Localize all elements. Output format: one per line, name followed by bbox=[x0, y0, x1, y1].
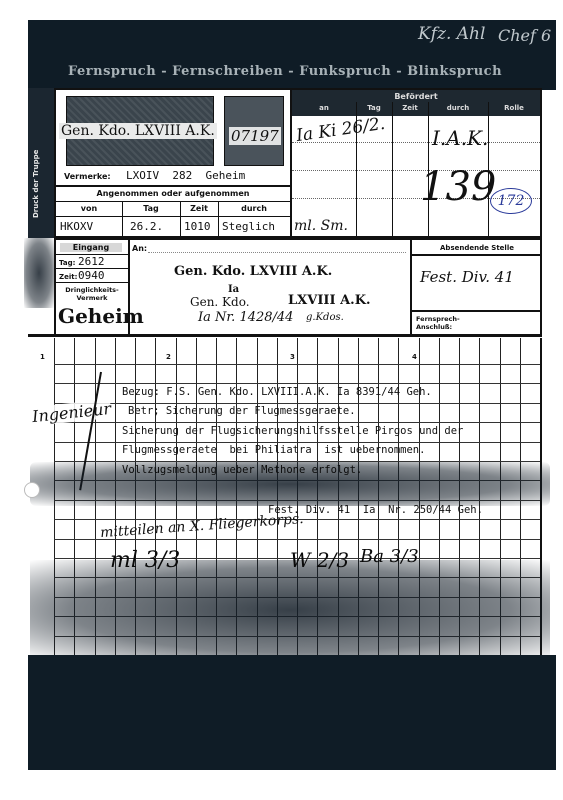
fwd-col-zeit: Zeit bbox=[392, 104, 428, 112]
message-line-4: Flugmessgeraete bei Philiatra ist uebern… bbox=[122, 444, 425, 456]
address-line2-right: LXVIII A.K. bbox=[288, 293, 371, 308]
forwarded-heading: Befördert bbox=[292, 92, 540, 101]
address-block: An: Gen. Kdo. LXVIII A.K. Ia Gen. Kdo. L… bbox=[128, 240, 410, 334]
vermerke-value: LXOIV 282 Geheim bbox=[126, 169, 245, 182]
fwd-col-rolle: Rolle bbox=[488, 104, 540, 112]
fwd-col-durch: durch bbox=[428, 104, 488, 112]
col-zeit: Zeit bbox=[180, 204, 218, 213]
col-number-1: 1 bbox=[40, 353, 45, 361]
sender-value: Fest. Div. 41 bbox=[420, 268, 514, 286]
circled-number: 172 bbox=[490, 188, 532, 214]
accepted-heading: Angenommen oder aufgenommen bbox=[56, 189, 290, 198]
header-handwriting-right: Chef 6 bbox=[498, 26, 551, 45]
address-line2-left: Gen. Kdo. bbox=[190, 295, 250, 309]
recipient-stamp: Gen. Kdo. LXVIII A.K. bbox=[59, 123, 217, 139]
punch-hole bbox=[24, 482, 40, 498]
recipient-stamp-box: Gen. Kdo. LXVIII A.K. bbox=[66, 96, 214, 166]
tag-value: 2612 bbox=[78, 255, 105, 268]
sender-label: Absendende Stelle bbox=[412, 244, 542, 252]
journal-suffix: g.Kdos. bbox=[306, 312, 344, 323]
intake-block: Eingang Tag: 2612 Zeit: 0940 Dringlichke… bbox=[56, 240, 130, 334]
header-handwriting-left: Kfz. Ahl bbox=[418, 24, 485, 44]
col-durch: durch bbox=[218, 204, 290, 213]
col-number-3: 3 bbox=[290, 353, 295, 361]
journal-number: Ia Nr. 1428/44 bbox=[198, 310, 293, 325]
row-durch: Steglich bbox=[222, 220, 275, 233]
col-tag: Tag bbox=[122, 204, 180, 213]
middle-block: Eingang Tag: 2612 Zeit: 0940 Dringlichke… bbox=[54, 238, 542, 336]
zeit-value: 0940 bbox=[78, 269, 105, 282]
eingang-label: Eingang bbox=[60, 243, 122, 252]
an-label: An: bbox=[132, 244, 147, 253]
number-stamp: 07197 bbox=[229, 127, 281, 145]
number-stamp-box: 07197 bbox=[224, 96, 284, 166]
message-line-1: Bezug: F.S. Gen. Kdo. LXVIII.A.K. Ia 839… bbox=[122, 386, 432, 398]
initials-2: W 2/3 bbox=[290, 548, 349, 572]
address-line1: Gen. Kdo. LXVIII A.K. bbox=[174, 264, 332, 279]
message-line-3: Sicherung der Flugsicherungshilfsstelle … bbox=[122, 425, 463, 437]
side-strip: Druck der Truppe bbox=[28, 88, 54, 238]
left-smudge bbox=[28, 238, 54, 336]
address-line2-prefix: Ia bbox=[228, 284, 239, 295]
urgency-value: Geheim bbox=[58, 304, 126, 328]
phone-label: Fernsprech-Anschluß: bbox=[416, 315, 476, 331]
message-line-2: Betr; Sicherung der Flugmessgeraete. bbox=[128, 405, 356, 417]
sender-block: Absendende Stelle Fest. Div. 41 Fernspre… bbox=[410, 240, 542, 334]
row-von: HKOXV bbox=[60, 220, 93, 233]
fwd-handwritten-number: 139 bbox=[420, 164, 496, 210]
received-block: Gen. Kdo. LXVIII A.K. 07197 Vermerke: LX… bbox=[54, 88, 292, 238]
zeit-label: Zeit: bbox=[59, 273, 77, 281]
tag-label: Tag: bbox=[59, 259, 75, 267]
vermerke-label: Vermerke: bbox=[64, 172, 111, 181]
urgency-label: Dringlichkeits-Vermerk bbox=[58, 286, 126, 302]
fwd-handwritten-durch: I.A.K. bbox=[432, 126, 488, 150]
initials-3: Ba 3/3 bbox=[360, 546, 419, 567]
lower-smudge bbox=[30, 560, 550, 660]
side-label: Druck der Truppe bbox=[32, 150, 40, 218]
fwd-col-an: an bbox=[292, 104, 356, 112]
initials-1: ml 3/3 bbox=[110, 548, 180, 573]
col-von: von bbox=[56, 204, 122, 213]
message-line-5: Vollzugsmeldung ueber Methone erfolgt. bbox=[122, 464, 362, 476]
row-tag: 26.2. bbox=[130, 220, 163, 233]
form-title: Fernspruch - Fernschreiben - Funkspruch … bbox=[68, 64, 502, 79]
fwd-handwritten-signature: ml. Sm. bbox=[294, 218, 348, 234]
forwarded-block: Befördert an Tag Zeit durch Rolle Ia Ki … bbox=[292, 88, 542, 238]
row-zeit: 1010 bbox=[184, 220, 211, 233]
bottom-dark-band bbox=[28, 655, 556, 770]
col-number-2: 2 bbox=[166, 353, 171, 361]
fwd-col-tag: Tag bbox=[356, 104, 392, 112]
col-number-4: 4 bbox=[412, 353, 417, 361]
form-header-band: Kfz. Ahl Chef 6 Fernspruch - Fernschreib… bbox=[28, 20, 556, 90]
